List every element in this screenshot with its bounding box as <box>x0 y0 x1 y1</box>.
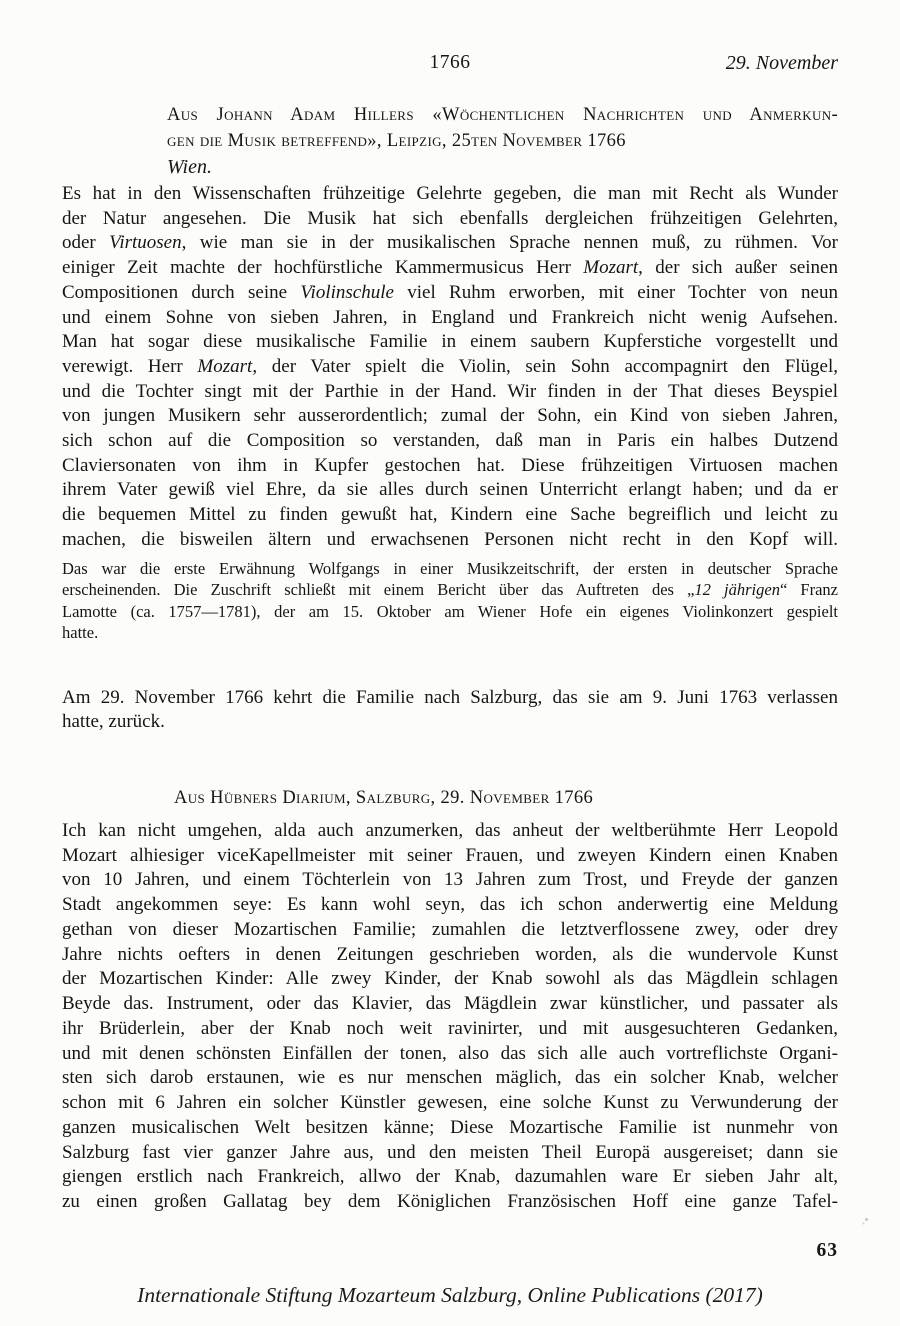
text-line: die bequemen Mittel zu finden gewußt hat… <box>62 503 838 528</box>
text-line: Beyde das. Instrument, oder das Klavier,… <box>62 992 838 1017</box>
text-line: ihrem Vater gewiß viel Ehre, da sie alle… <box>62 478 838 503</box>
text-line: Stadt angekommen seye: Es kann wohl seyn… <box>62 893 838 918</box>
text-line: Es hat in den Wissenschaften frühzeitige… <box>62 182 838 207</box>
text-line: gen die Musik betreffend», Leipzig, 25te… <box>167 128 838 154</box>
text-line: Lamotte (ca. 1757—1781), der am 15. Okto… <box>62 601 838 623</box>
text-line: Mozart alhiesiger viceKapellmeister mit … <box>62 844 838 869</box>
editor-note-paragraph: Am 29. November 1766 kehrt die Familie n… <box>62 686 838 735</box>
text-line: von jungen Musikern sehr ausserordentlic… <box>62 404 838 429</box>
doc1-body-paragraph: Es hat in den Wissenschaften frühzeitige… <box>62 182 838 553</box>
footer-credit: Internationale Stiftung Mozarteum Salzbu… <box>62 1282 838 1309</box>
text-line: der Mozartischen Kinder: Alle zwey Kinde… <box>62 967 838 992</box>
text-line: einiger Zeit machte der hochfürstliche K… <box>62 256 838 281</box>
text-line: verewigt. Herr Mozart, der Vater spielt … <box>62 355 838 380</box>
text-line: giengen erstlich nach Frankreich, allwo … <box>62 1165 838 1190</box>
text-line: Das war die erste Erwähnung Wolfgangs in… <box>62 558 838 580</box>
text-line: ganzen musicalischen Welt besitzen känne… <box>62 1116 838 1141</box>
text-line: der Natur angesehen. Die Musik hat sich … <box>62 207 838 232</box>
text-line: Compositionen durch seine Violinschule v… <box>62 281 838 306</box>
text-line: gethan von dieser Mozartischen Familie; … <box>62 918 838 943</box>
text-line: sich schon auf die Composition so versta… <box>62 429 838 454</box>
text-line: ihr Brüderlein, aber der Knab noch weit … <box>62 1017 838 1042</box>
doc1-placeline: Wien. <box>167 154 838 181</box>
header-date: 29. November <box>726 52 838 75</box>
running-header: 1766 29. November <box>62 52 838 77</box>
doc2-heading: Aus Hübners Diarium, Salzburg, 29. Novem… <box>174 786 838 811</box>
text-line: und einem Sohne von sieben Jahren, in En… <box>62 306 838 331</box>
doc1-heading: Aus Johann Adam Hillers «Wöchentlichen N… <box>167 102 838 154</box>
text-line: sten sich darob erstaunen, wie es nur me… <box>62 1066 838 1091</box>
text-line: erscheinenden. Die Zuschrift schließt mi… <box>62 579 838 601</box>
text-line: zu einen großen Gallatag bey dem Königli… <box>62 1190 838 1215</box>
text-line: Ich kan nicht umgehen, alda auch anzumer… <box>62 819 838 844</box>
scan-artifact-mark <box>865 1218 868 1221</box>
text-line: hatte. <box>62 622 838 644</box>
text-line: schon mit 6 Jahren ein solcher Künstler … <box>62 1091 838 1116</box>
text-line: Salzburg fast vier ganzer Jahre aus, und… <box>62 1141 838 1166</box>
text-line: oder Virtuosen, wie man sie in der musik… <box>62 231 838 256</box>
editor-commentary: Das war die erste Erwähnung Wolfgangs in… <box>62 558 838 644</box>
text-line: hatte, zurück. <box>62 710 838 735</box>
book-page: 1766 29. November Aus Johann Adam Hiller… <box>0 0 900 1326</box>
text-line: von 10 Jahren, und einem Töchterlein von… <box>62 868 838 893</box>
text-line: Man hat sogar diese musikalische Familie… <box>62 330 838 355</box>
text-line: und die Tochter singt mit der Parthie in… <box>62 380 838 405</box>
text-line: Aus Johann Adam Hillers «Wöchentlichen N… <box>167 102 838 128</box>
text-line: Am 29. November 1766 kehrt die Familie n… <box>62 686 838 711</box>
text-line: Jahre nichts oefters in denen Zeitungen … <box>62 943 838 968</box>
text-line: Claviersonaten von ihm in Kupfer gestoch… <box>62 454 838 479</box>
page-number: 63 <box>62 1238 838 1263</box>
doc2-body-paragraph: Ich kan nicht umgehen, alda auch anzumer… <box>62 819 838 1215</box>
text-line: und mit denen schönsten Einfällen der to… <box>62 1042 838 1067</box>
text-line: machen, die bisweilen ältern und erwachs… <box>62 528 838 553</box>
header-year: 1766 <box>62 52 838 74</box>
